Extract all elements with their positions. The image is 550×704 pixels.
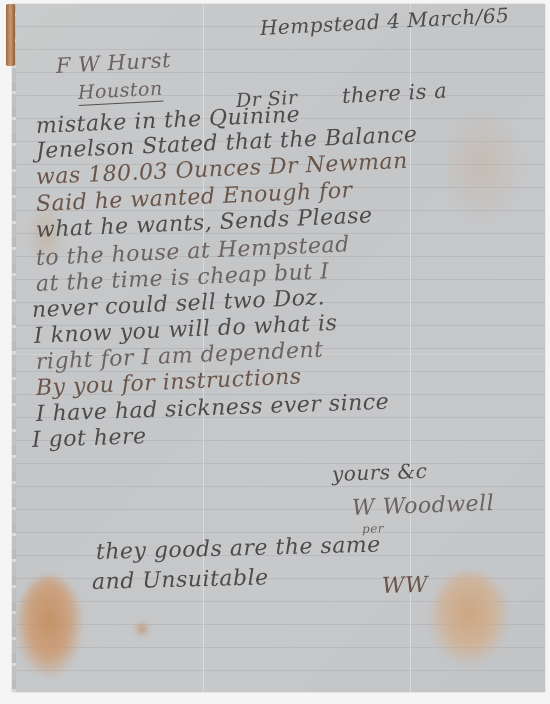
water-stain [442, 104, 522, 224]
closing: yours &c [332, 459, 428, 486]
postscript-line: they goods are the same [96, 533, 381, 565]
rust-stain-bottom-left [16, 576, 82, 676]
addressee-name: F W Hurst [55, 48, 171, 78]
scan-canvas: Hempstead 4 March/65 F W Hurst Houston D… [0, 0, 550, 704]
rust-stain-bottom-right [430, 572, 508, 664]
binding-strip [6, 4, 15, 66]
rust-spot [137, 624, 147, 634]
letter-paper: Hempstead 4 March/65 F W Hurst Houston D… [12, 4, 545, 692]
body-line: I got here [32, 424, 147, 453]
body-line: there is a [341, 79, 447, 108]
postscript-initials: WW [382, 573, 429, 599]
signature: W Woodwell [352, 491, 495, 521]
postscript-line: and Unsuitable [92, 565, 269, 595]
addressee-place: Houston [77, 78, 163, 106]
dateline: Hempstead 4 March/65 [259, 4, 510, 40]
torn-left-edge [12, 4, 16, 692]
